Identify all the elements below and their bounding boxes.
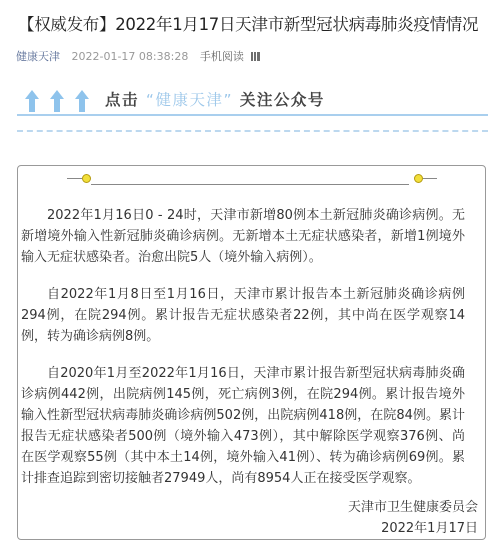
dashed-divider — [17, 130, 488, 132]
signature-org: 天津市卫生健康委员会 — [348, 497, 478, 518]
report-paragraph: 自2022年1月8日至1月16日，天津市累计报告本土新冠肺炎确诊病例294例，在… — [21, 284, 465, 347]
follow-account-banner[interactable]: 点击 “健康天津” 关注公众号 — [17, 88, 488, 116]
report-content: 2022年1月16日0 - 24时，天津市新增80例本土新冠肺炎确诊病例。无新增… — [21, 205, 465, 505]
mobile-read-link[interactable]: 手机阅读 — [200, 50, 244, 63]
follow-prompt: 点击 “健康天津” 关注公众号 — [105, 89, 325, 111]
decorative-line — [67, 178, 82, 179]
decorative-dot-icon — [414, 174, 423, 183]
follow-prefix: 点击 — [105, 91, 139, 109]
arrow-group — [25, 90, 95, 112]
article-meta: 健康天津 2022-01-17 08:38:28 手机阅读 — [16, 49, 260, 65]
qr-code-icon[interactable] — [251, 52, 260, 61]
account-name[interactable]: “健康天津” — [146, 91, 233, 109]
article-title: 【权威发布】2022年1月17日天津市新型冠状病毒肺炎疫情情况 — [18, 12, 488, 38]
signature-date: 2022年1月17日 — [348, 518, 478, 539]
arrow-up-icon — [75, 90, 89, 112]
arrow-up-icon — [25, 90, 39, 112]
report-paragraph: 2022年1月16日0 - 24时，天津市新增80例本土新冠肺炎确诊病例。无新增… — [21, 205, 465, 268]
arrow-up-icon — [50, 90, 64, 112]
follow-suffix: 关注公众号 — [240, 91, 325, 109]
decorative-line — [423, 178, 437, 179]
publish-datetime: 2022-01-17 08:38:28 — [72, 50, 189, 63]
source-account-link[interactable]: 健康天津 — [16, 50, 60, 63]
decorative-dot-icon — [82, 174, 91, 183]
decorative-line — [91, 184, 409, 185]
report-paragraph: 自2020年1月至2022年1月16日，天津市累计报告新型冠状病毒肺炎确诊病例4… — [21, 363, 465, 489]
signature: 天津市卫生健康委员会 2022年1月17日 — [348, 497, 478, 539]
